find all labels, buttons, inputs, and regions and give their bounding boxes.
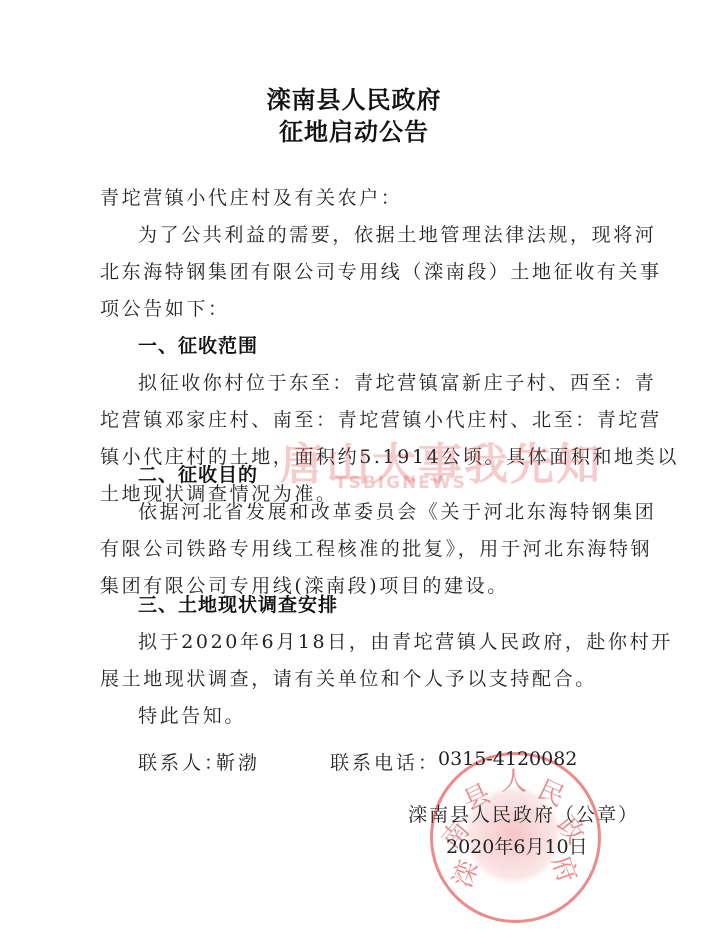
watermark-sub: TSBIGNEWS	[335, 473, 467, 493]
section-line: 依据河北省发展和改革委员会《关于河北东海特钢集团	[138, 497, 656, 524]
section-heading-scope: 一、征收范围	[138, 331, 258, 358]
contact-person-label: 联系人：	[138, 748, 226, 775]
section-line: 拟于2020年6月18日，由青坨营镇人民政府，赴你村开	[138, 627, 673, 654]
document-title-issuer: 滦南县人民政府	[0, 80, 708, 115]
section-line: 有限公司铁路专用线工程核准的批复》，用于河北东海特钢	[100, 534, 652, 561]
section-heading-purpose: 二、征收目的	[138, 460, 258, 487]
signature-issuer: 滦南县人民政府（公章）	[408, 800, 639, 827]
contact-phone: 0315-4120082	[438, 748, 577, 770]
section-heading-survey: 三、土地现状调查安排	[138, 590, 338, 617]
signature-date: 2020年6月10日	[446, 832, 588, 859]
intro-line: 为了公共利益的需要，依据土地管理法律法规，现将河	[138, 220, 656, 247]
document-title-subject: 征地启动公告	[0, 112, 708, 147]
contact-person: 靳渤	[216, 748, 260, 775]
section-line: 展土地现状调查，请有关单位和个人予以支持配合。	[100, 664, 597, 691]
intro-line: 北东海特钢集团有限公司专用线（滦南段）土地征收有关事	[100, 257, 662, 284]
salutation: 青坨营镇小代庄村及有关农户：	[100, 183, 402, 210]
closing: 特此告知。	[138, 701, 246, 728]
section-line: 拟征收你村位于东至：青坨营镇富新庄子村、西至：青	[138, 368, 656, 395]
contact-phone-label: 联系电话：	[330, 748, 440, 775]
intro-line: 项公告如下：	[100, 294, 230, 321]
